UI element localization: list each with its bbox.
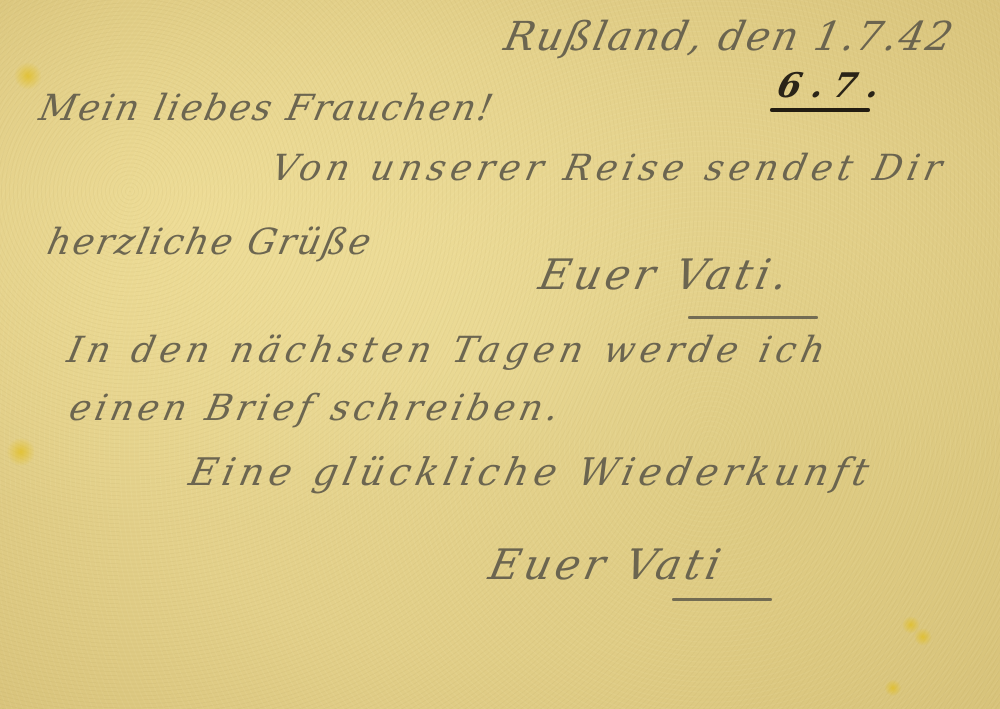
letter-paper: Rußland, den 1.7.42 6.7. Mein liebes Fra… (0, 0, 1000, 709)
stain-bottom-right-3 (884, 680, 902, 696)
signature-1-underline (688, 316, 818, 319)
body-line-1: Von unserer Reise sendet Dir (268, 148, 951, 189)
received-date: 6.7. (774, 66, 894, 106)
signature-1: Euer Vati. (535, 250, 797, 299)
stain-left (6, 438, 36, 466)
body-line-2: herzliche Grüße (44, 222, 377, 263)
body-line-3: In den nächsten Tagen werde ich (64, 330, 834, 371)
body-line-5: Eine glückliche Wiederkunft (185, 450, 878, 494)
stain-bottom-right-2 (914, 628, 932, 646)
salutation: Mein liebes Frauchen! (36, 88, 499, 129)
body-line-4: einen Brief schreiben. (66, 388, 567, 429)
place-date: Rußland, den 1.7.42 (500, 14, 959, 60)
stain-top-left (14, 62, 42, 90)
signature-2-underline (672, 598, 772, 601)
signature-2: Euer Vati (485, 540, 729, 589)
received-date-underline (770, 108, 870, 112)
